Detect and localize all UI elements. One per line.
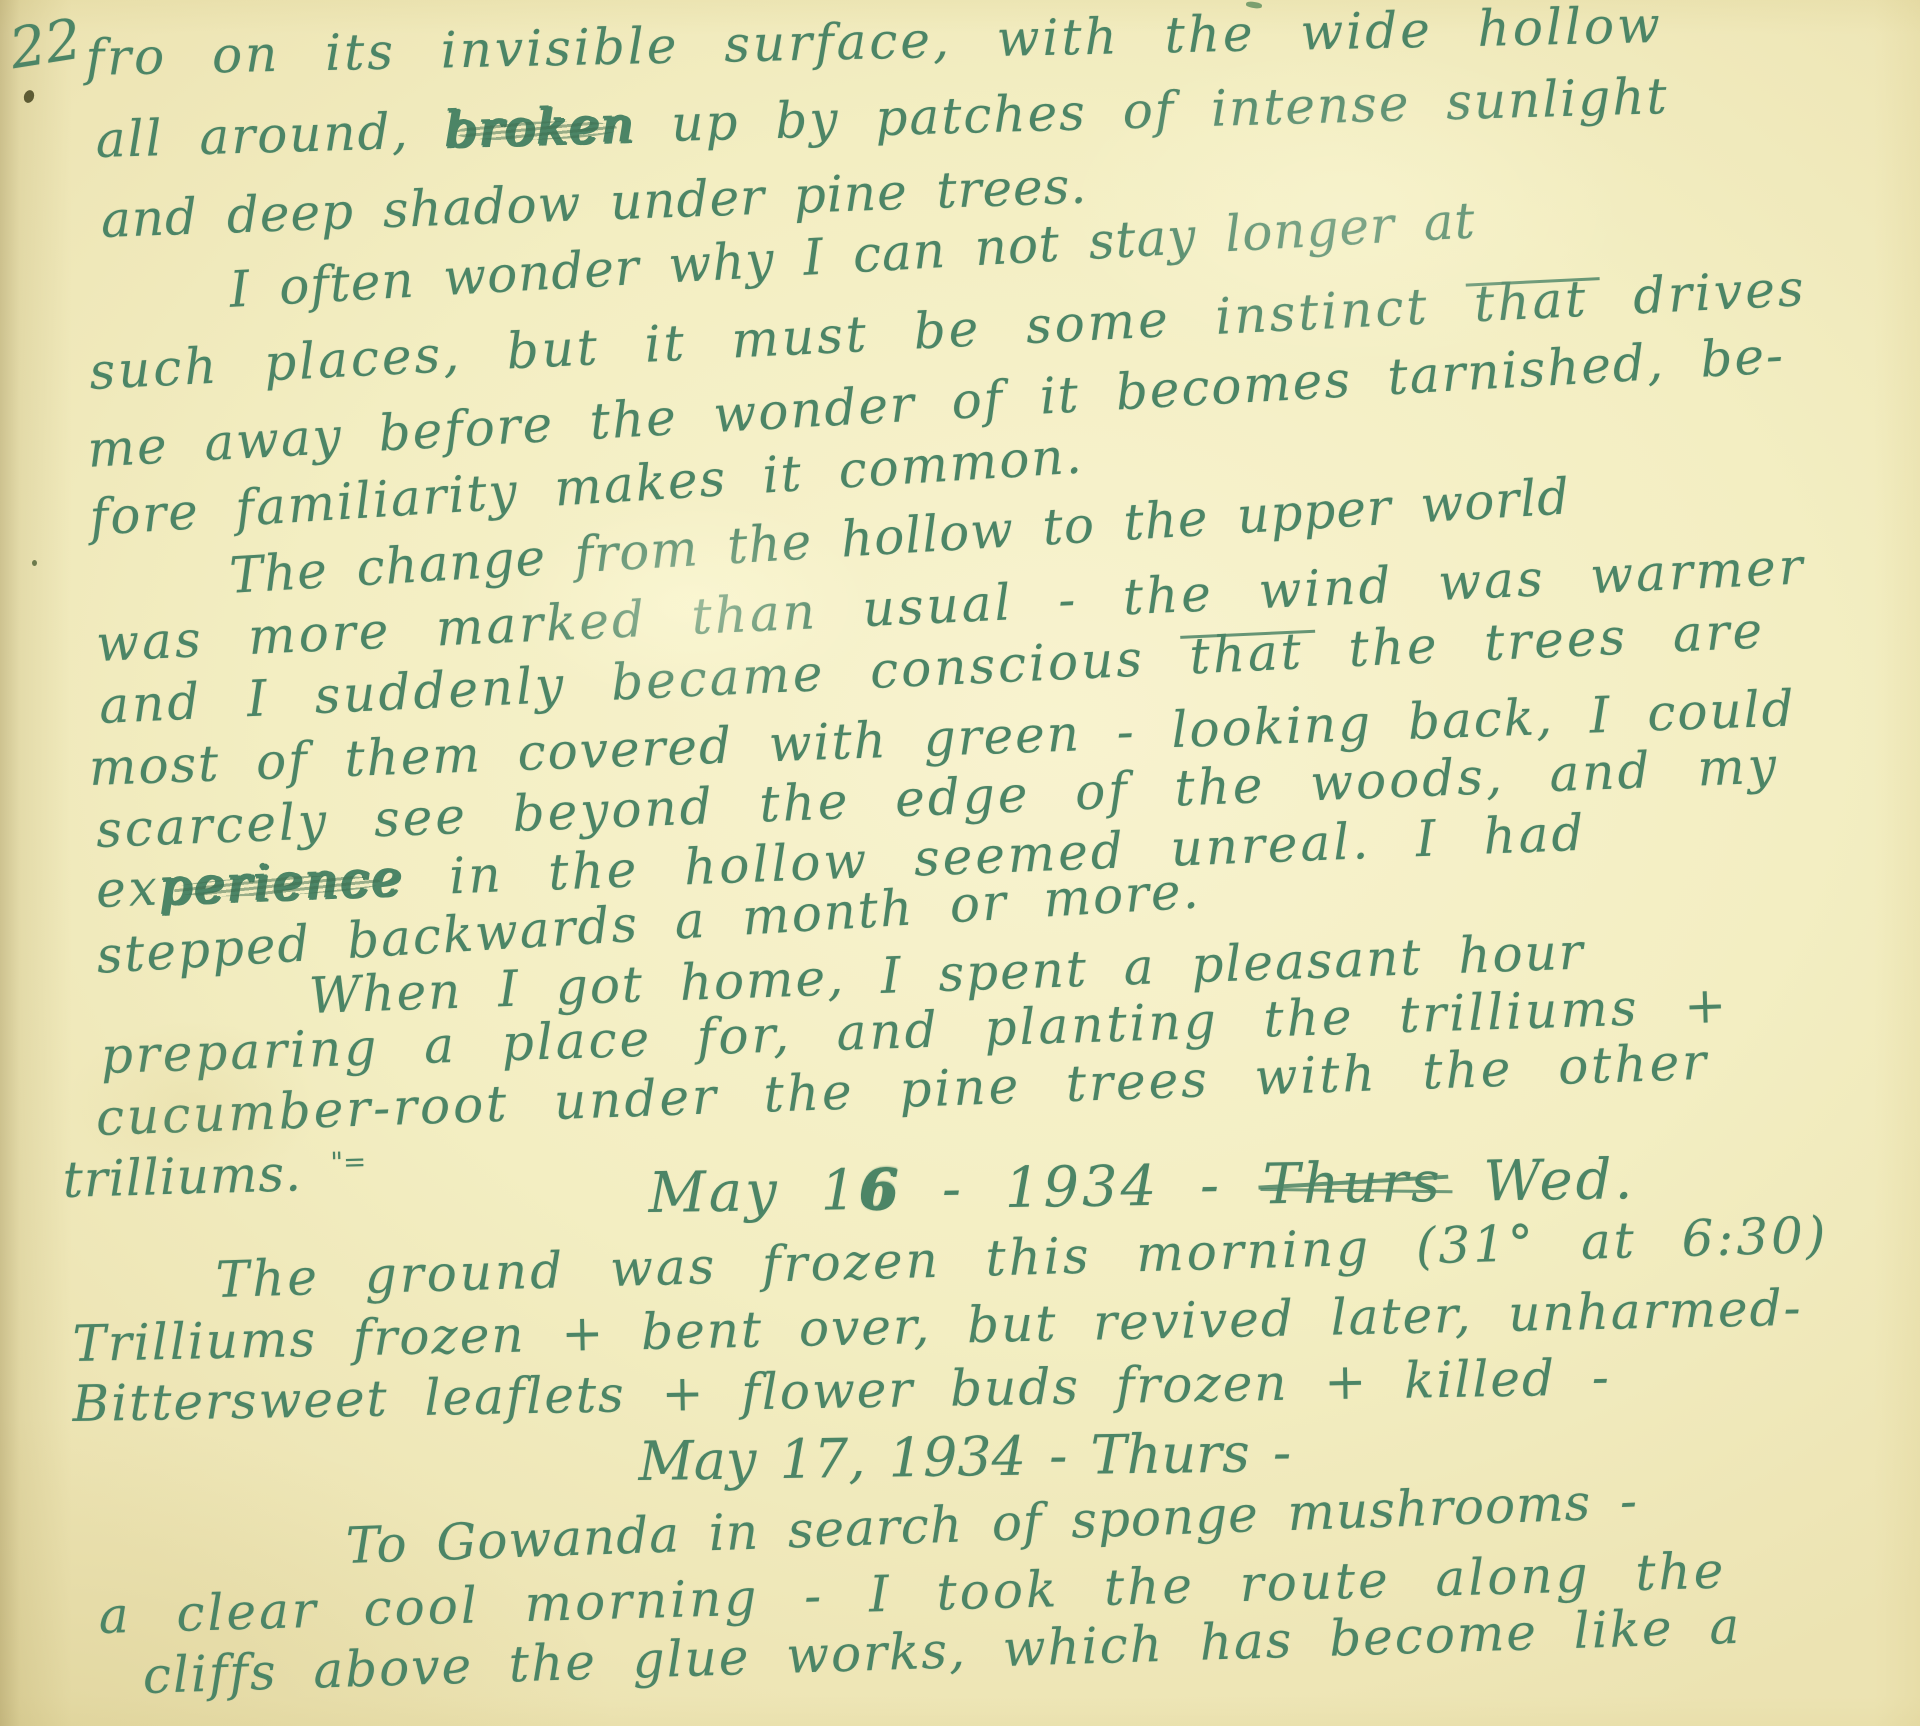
journal-page: 22 fro on its invisible surface, with th… (0, 0, 1920, 1726)
crossed-out-word: Thurs (1262, 1150, 1443, 1218)
line-text: all around, (95, 101, 446, 169)
handwritten-line: all around, broken up by patches of inte… (95, 68, 1669, 168)
line-text: up by patches of intense sunlight (635, 67, 1670, 154)
date-heading: May 17, 1934 - Thurs - (638, 1423, 1291, 1493)
line-text: ex (95, 859, 161, 919)
line-text: Wed. (1442, 1147, 1635, 1215)
ink-speck (22, 89, 36, 105)
line-text: - 1934 - (901, 1152, 1263, 1222)
handwritten-line: trilliums. "= (62, 1144, 367, 1208)
date-heading: May 16 - 1934 - Thurs Wed. (648, 1148, 1636, 1225)
insertion-mark: "= (330, 1146, 367, 1179)
scribbled-word: broken (445, 96, 637, 159)
overlined-word: that (1188, 622, 1305, 685)
page-number: 22 (5, 7, 86, 82)
line-text: trilliums. (62, 1144, 303, 1209)
line-text: drives (1587, 259, 1808, 328)
scribbled-word: perience (159, 849, 406, 916)
overlined-word: that (1473, 270, 1590, 334)
overwritten-digit: 6 (859, 1156, 902, 1223)
ink-speck (32, 560, 37, 566)
line-text: May 1 (648, 1158, 860, 1226)
